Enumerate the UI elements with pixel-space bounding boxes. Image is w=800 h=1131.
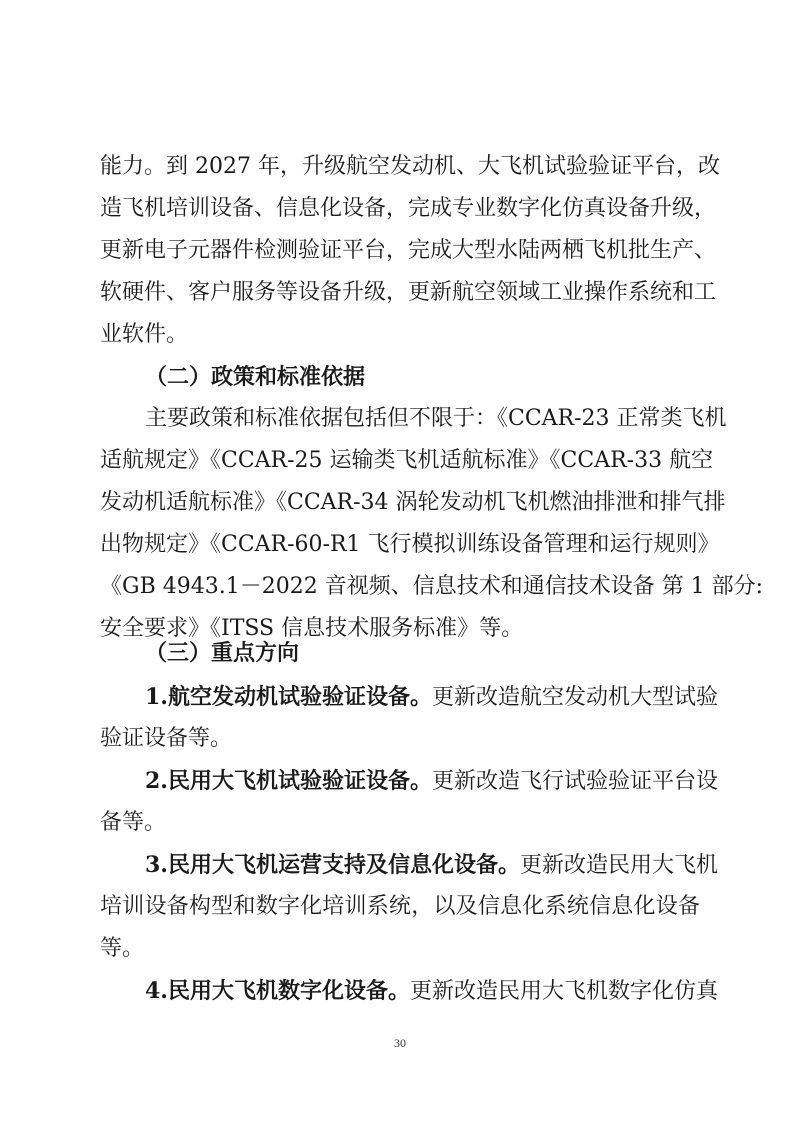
paragraph-line: 主要政策和标准依据包括但不限于：《CCAR-23 正常类飞机 bbox=[145, 398, 700, 440]
list-item-3: 3.民用大飞机运营支持及信息化设备。更新改造民用大飞机 bbox=[145, 844, 700, 886]
paragraph-line: 备等。 bbox=[100, 802, 700, 844]
item-text: 更新改造民用大飞机数字化仿真 bbox=[410, 979, 718, 1004]
paragraph-line: 等。 bbox=[100, 928, 700, 970]
page-number: 30 bbox=[0, 1036, 800, 1051]
paragraph-line: 《GB 4943.1－2022 音视频、信息技术和通信技术设备 第 1 部分: bbox=[100, 566, 700, 608]
item-title: 1.航空发动机试验验证设备。 bbox=[145, 684, 432, 710]
section-heading-policy: （二）政策和标准依据 bbox=[145, 356, 700, 398]
item-text: 更新改造飞行试验验证平台设 bbox=[432, 769, 718, 794]
paragraph-line: 验证设备等。 bbox=[100, 718, 700, 760]
paragraph-line: 适航规定》《CCAR-25 运输类飞机适航标准》《CCAR-33 航空 bbox=[100, 440, 700, 482]
list-item-1: 1.航空发动机试验验证设备。更新改造航空发动机大型试验 bbox=[145, 676, 700, 718]
paragraph-line: 能力。到 2027 年，升级航空发动机、大飞机试验验证平台，改 bbox=[100, 146, 700, 188]
item-title: 2.民用大飞机试验验证设备。 bbox=[145, 768, 432, 794]
list-item-2: 2.民用大飞机试验验证设备。更新改造飞行试验验证平台设 bbox=[145, 760, 700, 802]
item-title: 3.民用大飞机运营支持及信息化设备。 bbox=[145, 852, 520, 878]
paragraph-line: 软硬件、客户服务等设备升级，更新航空领域工业操作系统和工 bbox=[100, 272, 700, 314]
paragraph-line: 造飞机培训设备、信息化设备，完成专业数字化仿真设备升级， bbox=[100, 188, 700, 230]
list-item-4: 4.民用大飞机数字化设备。更新改造民用大飞机数字化仿真 bbox=[145, 970, 700, 1012]
item-text: 更新改造航空发动机大型试验 bbox=[432, 685, 718, 710]
item-text: 更新改造民用大飞机 bbox=[520, 853, 718, 878]
paragraph-line: 更新电子元器件检测验证平台，完成大型水陆两栖飞机批生产、 bbox=[100, 230, 700, 272]
section-heading-key-directions: （三）重点方向 bbox=[145, 632, 700, 674]
paragraph-line: 出物规定》《CCAR-60-R1 飞行模拟训练设备管理和运行规则》 bbox=[100, 524, 700, 566]
paragraph-line: 业软件。 bbox=[100, 314, 700, 356]
paragraph-line: 发动机适航标准》《CCAR-34 涡轮发动机飞机燃油排泄和排气排 bbox=[100, 482, 700, 524]
document-page: 能力。到 2027 年，升级航空发动机、大飞机试验验证平台，改 造飞机培训设备、… bbox=[0, 0, 800, 1131]
paragraph-line: 培训设备构型和数字化培训系统，以及信息化系统信息化设备 bbox=[100, 886, 700, 928]
item-title: 4.民用大飞机数字化设备。 bbox=[145, 978, 410, 1004]
